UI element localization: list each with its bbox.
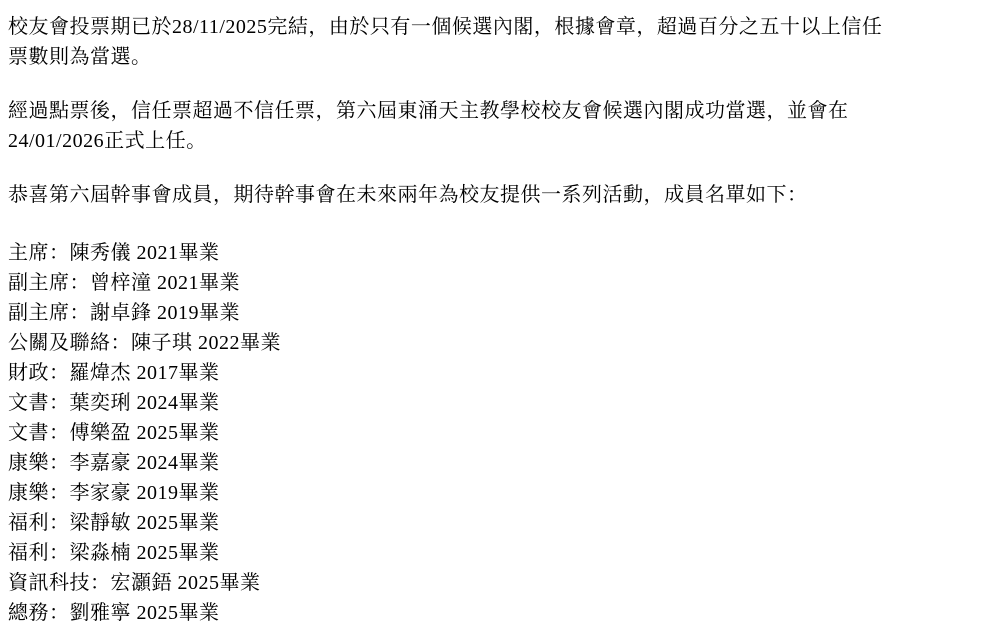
paragraph-congratulations: 恭喜第六屆幹事會成員，期待幹事會在未來兩年為校友提供一系列活動，成員名單如下： [8,180,980,210]
member-line: 資訊科技：宏灝鋙 2025畢業 [8,568,980,598]
member-line: 副主席：曾梓潼 2021畢業 [8,268,980,298]
text-line: 恭喜第六屆幹事會成員，期待幹事會在未來兩年為校友提供一系列活動，成員名單如下： [8,180,980,210]
paragraph-election-result: 經過點票後，信任票超過不信任票，第六屆東涌天主教學校校友會候選內閣成功當選，並會… [8,96,980,156]
member-line: 公關及聯絡：陳子琪 2022畢業 [8,328,980,358]
member-line: 康樂：李家豪 2019畢業 [8,478,980,508]
text-line: 24/01/2026正式上任。 [8,126,980,156]
text-line: 經過點票後，信任票超過不信任票，第六屆東涌天主教學校校友會候選內閣成功當選，並會… [8,96,980,126]
member-line: 副主席：謝卓鋒 2019畢業 [8,298,980,328]
announcement-document: 校友會投票期已於28/11/2025完結，由於只有一個候選內閣，根據會章，超過百… [0,0,1000,625]
member-line: 福利：梁靜敏 2025畢業 [8,508,980,538]
member-line: 文書：傅樂盈 2025畢業 [8,418,980,448]
member-line: 康樂：李嘉豪 2024畢業 [8,448,980,478]
text-line: 校友會投票期已於28/11/2025完結，由於只有一個候選內閣，根據會章，超過百… [8,12,980,42]
paragraph-voting-period-intro: 校友會投票期已於28/11/2025完結，由於只有一個候選內閣，根據會章，超過百… [8,12,980,72]
member-line: 財政：羅煒杰 2017畢業 [8,358,980,388]
text-line: 票數則為當選。 [8,42,980,72]
member-line: 總務：劉雅寧 2025畢業 [8,598,980,625]
member-line: 文書：葉奕琍 2024畢業 [8,388,980,418]
paragraph-member-list: 主席：陳秀儀 2021畢業副主席：曾梓潼 2021畢業副主席：謝卓鋒 2019畢… [8,238,980,625]
member-line: 福利：梁淼楠 2025畢業 [8,538,980,568]
member-line: 主席：陳秀儀 2021畢業 [8,238,980,268]
